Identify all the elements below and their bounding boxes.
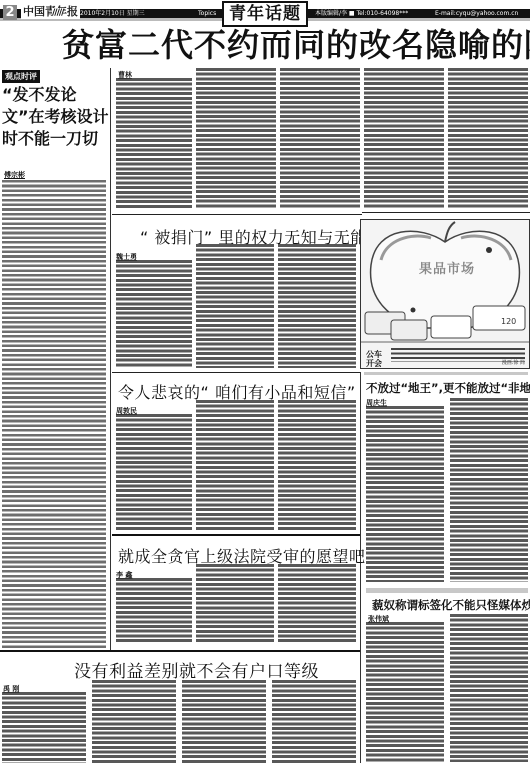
contact-email[interactable]: E-mail:cyqu@yahoo.com.cn [435, 9, 518, 18]
editorial-cartoon: 120 果品市场 公车 开会 漫画:徐 简 [360, 219, 530, 369]
main-article-col-3 [280, 68, 360, 208]
main-article-col-2 [196, 68, 276, 208]
cartoon-market-label: 果品市场 [419, 258, 475, 277]
issue-date: 2010年2月10日 星期三 [80, 9, 145, 18]
cartoon-title: 公车 开会 [366, 350, 382, 368]
article-body-col [278, 400, 356, 530]
apple-car-illustration-icon: 120 [361, 220, 529, 368]
main-headline: 贫富二代不约而同的改名隐喻的阶层调适 [62, 25, 530, 65]
article-body-col [2, 692, 86, 763]
box-top-rule [366, 588, 528, 593]
article-body-col [196, 244, 274, 368]
article-body-col [450, 398, 528, 582]
right-column-divider [360, 372, 361, 763]
article-body-col [182, 680, 266, 763]
section-divider [112, 534, 360, 536]
left-column-byline: 傅宗彬 [4, 170, 25, 180]
page-number: 2 [3, 5, 17, 20]
section-title: 青年话题 [222, 1, 308, 27]
main-article-col-1 [116, 78, 192, 208]
cartoon-title-line-1: 公车 [366, 350, 382, 359]
article-body-col [366, 406, 444, 582]
article-headline: 不放过“地王”,更不能放过“非地王” [366, 380, 530, 396]
main-article-col-4 [364, 68, 444, 208]
article-body-col [116, 578, 192, 642]
article-body-col [116, 414, 192, 530]
article-headline: 藐奴称谓标签化不能只怪媒体炒作 [372, 597, 530, 613]
editor-info: 本版编辑/李 ■ Tel:010-64098*** [315, 9, 408, 18]
left-column-divider [110, 68, 111, 650]
article-body-col [92, 680, 176, 763]
main-article-col-5 [448, 68, 528, 208]
section-divider [362, 212, 530, 213]
box-top-rule [364, 372, 528, 375]
cartoon-credit: 漫画:徐 简 [502, 359, 525, 366]
section-divider [112, 214, 362, 215]
section-divider [112, 372, 360, 373]
left-column-title: “发不发论文”在考核设计时不能一刀切 [2, 84, 112, 150]
article-body-col [272, 680, 356, 763]
article-body-col [366, 622, 444, 762]
article-body-col [116, 260, 192, 368]
article-body-col [278, 564, 356, 642]
topics-label: Topics [198, 9, 216, 18]
article-body-col [196, 400, 274, 530]
svg-text:120: 120 [501, 317, 516, 326]
article-body-col [278, 244, 356, 368]
article-headline: 没有利益差别就不会有户口等级 [74, 657, 319, 682]
newspaper-logo: 中国青年报 [21, 3, 80, 19]
section-divider [0, 650, 360, 652]
column-tag: 观点时评 [2, 70, 40, 83]
left-column-body [2, 180, 106, 650]
article-body-col [196, 564, 274, 642]
article-body-col [450, 614, 528, 762]
cartoon-title-line-2: 开会 [366, 359, 382, 368]
decorative-slashes: ///// [52, 8, 63, 18]
